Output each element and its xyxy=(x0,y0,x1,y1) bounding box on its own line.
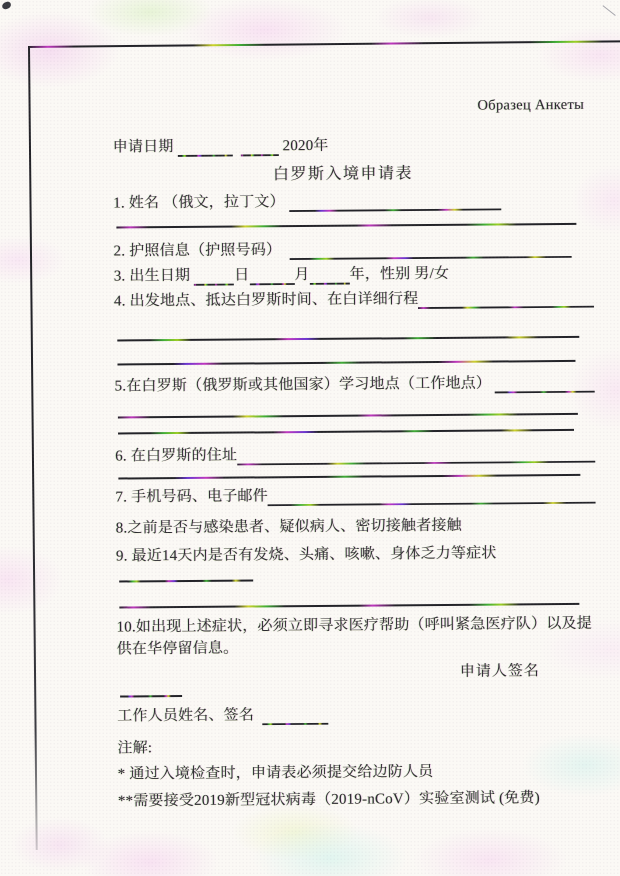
item3-month-blank xyxy=(249,268,294,285)
form-item-9: 9. 最近14天内是否有发烧、头痛、咳嗽、身体乏力等症状 xyxy=(116,544,596,567)
notes-header-label: 注解: xyxy=(117,739,152,758)
scanned-document-page: Образец Анкеты 申请日期 2020年 白罗斯入境申请表 1. 姓名… xyxy=(0,0,620,876)
item3-day-label: 日 xyxy=(234,266,249,285)
applicant-signature-label: 申请人签名 xyxy=(460,659,540,681)
form-content: Образец Анкеты 申请日期 2020年 白罗斯入境申请表 1. 姓名… xyxy=(0,0,620,876)
fill-line xyxy=(119,603,579,608)
form-item-4: 4. 出发地点、抵达白罗斯时间、在白详细行程 xyxy=(114,289,594,312)
form-item-8: 8.之前是否与感染患者、疑似病人、密切接触者接触 xyxy=(116,516,596,539)
item3-day-blank xyxy=(194,269,234,286)
item5-blank xyxy=(495,376,595,394)
application-year-label: 2020年 xyxy=(283,137,329,156)
item2-label: 2. 护照信息（护照号码） xyxy=(114,241,282,261)
item2-blank xyxy=(289,241,572,260)
notes-header-row: 注解: xyxy=(117,736,597,759)
application-date-label: 申请日期 xyxy=(113,138,174,157)
item3-year-blank xyxy=(310,268,350,285)
fill-line xyxy=(118,413,578,418)
fill-line-short xyxy=(120,695,182,697)
fill-line xyxy=(117,360,575,365)
form-item-10: 10.如出现上述症状，必须立即寻求医疗帮助（呼叫紧急医疗队）以及提供在华停留信息… xyxy=(116,614,602,661)
item8-label: 8.之前是否与感染患者、疑似病人、密切接触者接触 xyxy=(116,517,462,539)
item1-label: 1. 姓名 （俄文，拉丁文） xyxy=(113,193,285,213)
form-item-5: 5.在白罗斯（俄罗斯或其他国家）学习地点（工作地点） xyxy=(115,374,595,397)
staff-signature-label: 工作人员姓名、签名 xyxy=(117,706,254,726)
item6-label: 6. 在白罗斯的住址 xyxy=(115,447,237,467)
fill-line xyxy=(118,429,574,434)
application-date-row: 申请日期 2020年 xyxy=(113,135,593,158)
item4-blank xyxy=(418,291,594,309)
note2-label: **需要接受2019新型冠状病毒（2019-nCoV）实验室测试 (免费) xyxy=(118,789,540,811)
item3-tail-label: 年，性别 男/女 xyxy=(350,265,450,285)
item6-blank xyxy=(237,446,595,466)
form-title: 白罗斯入境申请表 xyxy=(113,159,573,186)
form-item-1: 1. 姓名 （俄文，拉丁文） xyxy=(113,191,593,214)
date-blank-1 xyxy=(178,140,233,157)
sample-watermark: Образец Анкеты xyxy=(477,97,584,115)
form-item-7: 7. 手机号码、电子邮件 xyxy=(115,485,595,508)
note1-label: * 通过入境检查时，申请表必须提交给边防人员 xyxy=(118,763,434,784)
item3-month-label: 月 xyxy=(294,266,309,285)
fill-line xyxy=(116,223,576,228)
item4-label: 4. 出发地点、抵达白罗斯时间、在白详细行程 xyxy=(114,290,419,311)
item5-label: 5.在白罗斯（俄罗斯或其他国家）学习地点（工作地点） xyxy=(115,375,492,397)
note-1-row: * 通过入境检查时，申请表必须提交给边防人员 xyxy=(118,762,598,785)
staff-signature-row: 工作人员姓名、签名 xyxy=(117,704,597,727)
date-blank-2 xyxy=(241,139,279,156)
note-2-row: **需要接受2019新型冠状病毒（2019-nCoV）实验室测试 (免费) xyxy=(118,789,598,812)
item3-label: 3. 出生日期 xyxy=(114,267,191,287)
fill-line-short xyxy=(119,579,253,582)
form-item-3: 3. 出生日期 日 月 年，性别 男/女 xyxy=(114,264,594,287)
fill-line xyxy=(117,336,579,341)
staff-signature-blank xyxy=(262,708,328,726)
item1-blank xyxy=(289,193,502,212)
fill-line xyxy=(118,474,580,479)
item7-blank xyxy=(268,487,596,507)
item9-label: 9. 最近14天内是否有发烧、头痛、咳嗽、身体乏力等症状 xyxy=(116,545,497,567)
form-item-2: 2. 护照信息（护照号码） xyxy=(114,239,594,262)
item7-label: 7. 手机号码、电子邮件 xyxy=(115,487,268,507)
form-item-6: 6. 在白罗斯的住址 xyxy=(115,444,595,467)
